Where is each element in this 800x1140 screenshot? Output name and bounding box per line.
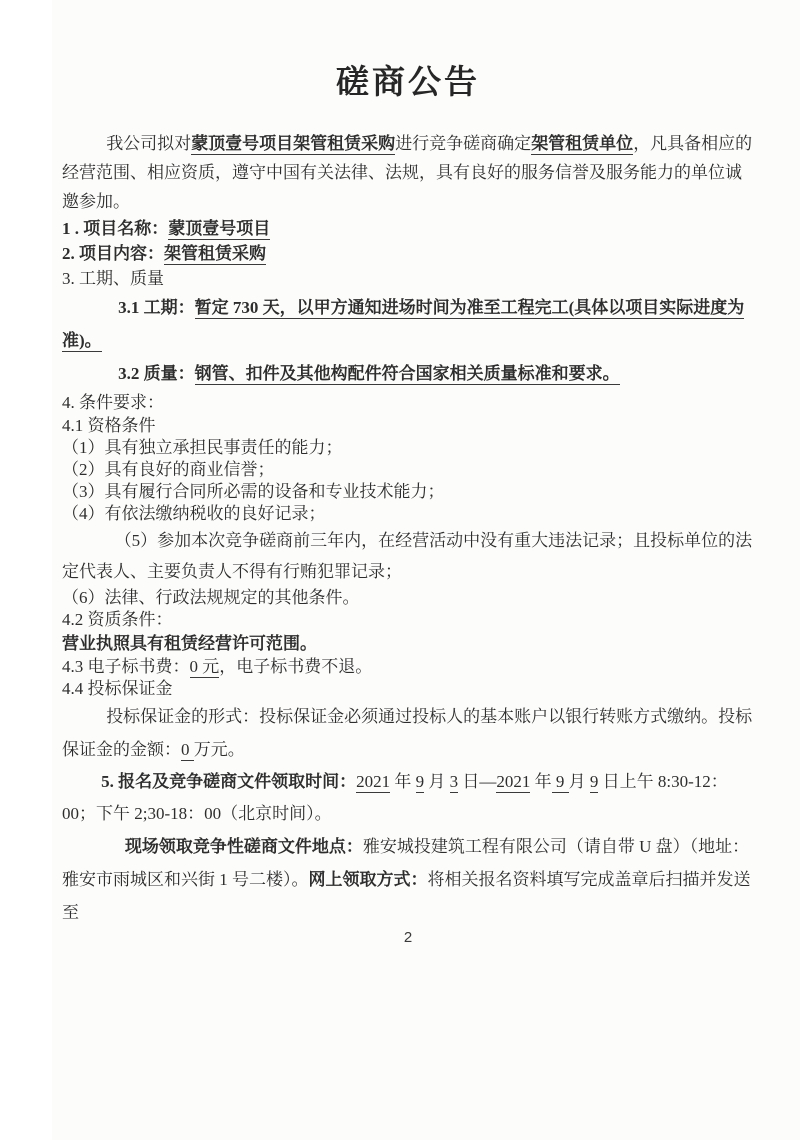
credential-requirement: 营业执照具有租赁经营许可范围。 xyxy=(62,631,754,656)
bid-bond-paragraph: 投标保证金的形式：投标保证金必须通过投标人的基本账户以银行转账方式缴纳。投标保证… xyxy=(62,700,754,766)
end-month: 9 xyxy=(552,772,569,793)
bond-unit-text: 万元。 xyxy=(194,740,245,759)
registration-time-label: 5. 报名及竞争磋商文件领取时间： xyxy=(101,772,356,791)
project-content-label: 2. 项目内容： xyxy=(62,244,164,263)
start-year: 2021 xyxy=(356,772,390,793)
credential-heading: 4.2 资质条件： xyxy=(62,609,754,631)
quality-paragraph: 3.2 质量：钢管、扣件及其他构配件符合国家相关质量标准和要求。 xyxy=(62,357,754,390)
project-name-item: 1 . 项目名称：蒙顶壹号项目 xyxy=(62,216,754,241)
registration-time-paragraph: 5. 报名及竞争磋商文件领取时间：2021 年 9 月 3 日—2021 年 9… xyxy=(62,766,754,830)
fee-note: ，电子标书费不退。 xyxy=(219,657,372,676)
scan-edge-margin xyxy=(0,0,52,1140)
end-year: 2021 xyxy=(496,772,530,793)
document-pickup-paragraph: 现场领取竞争性磋商文件地点：雅安城投建筑工程有限公司（请自带 U 盘）（地址：雅… xyxy=(62,830,754,929)
qualification-item-6: （6）法律、行政法规规定的其他条件。 xyxy=(62,587,754,609)
duration-paragraph: 3.1 工期：暂定 730 天，以甲方通知进场时间为准至工程完工(具体以项目实际… xyxy=(62,291,754,357)
date-sep: 月 xyxy=(424,772,450,791)
qualification-heading: 4.1 资格条件 xyxy=(62,415,754,437)
project-content-value: 架管租赁采购 xyxy=(164,244,266,265)
date-sep: 年 xyxy=(530,772,551,791)
bond-amount: 0 xyxy=(181,740,194,761)
qualification-item-5: （5）参加本次竞争磋商前三年内，在经营活动中没有重大违法记录；且投标单位的法定代… xyxy=(62,525,754,587)
intro-mid: 进行竞争磋商确定 xyxy=(395,134,531,153)
bid-document-fee: 4.3 电子标书费：0 元，电子标书费不退。 xyxy=(62,656,754,678)
bond-form-text: 投标保证金的形式：投标保证金必须通过投标人的基本账户以银行转账方式缴纳。投标保证… xyxy=(62,707,752,759)
project-content-item: 2. 项目内容：架管租赁采购 xyxy=(62,241,754,266)
project-name-label: 1 . 项目名称： xyxy=(62,219,168,238)
date-sep: 月 xyxy=(569,772,590,791)
fee-amount: 0 元 xyxy=(190,657,220,678)
fee-label: 4.3 电子标书费： xyxy=(62,657,190,676)
date-sep: 日— xyxy=(458,772,496,791)
qualification-item-1: （1）具有独立承担民事责任的能力； xyxy=(62,437,754,459)
project-name-value: 蒙顶壹号项目 xyxy=(168,219,270,240)
pickup-location-label: 现场领取竞争性磋商文件地点： xyxy=(125,837,363,856)
qualification-item-4: （4）有依法缴纳税收的良好记录； xyxy=(62,503,754,525)
section4-heading: 4. 条件要求： xyxy=(62,390,754,415)
page-title: 磋商公告 xyxy=(62,56,754,103)
procurement-subject: 蒙顶壹号项目架管租赁采购 xyxy=(191,134,395,155)
online-method-label: 网上领取方式： xyxy=(309,870,428,889)
start-day: 3 xyxy=(450,772,459,793)
intro-paragraph: 我公司拟对蒙顶壹号项目架管租赁采购进行竞争磋商确定架管租赁单位，凡具备相应的经营… xyxy=(62,129,754,216)
qualification-item-3: （3）具有履行合同所必需的设备和专业技术能力； xyxy=(62,481,754,503)
quality-value: 钢管、扣件及其他构配件符合国家相关质量标准和要求。 xyxy=(195,364,620,385)
quality-label: 3.2 质量： xyxy=(118,364,195,383)
section3-heading: 3. 工期、质量 xyxy=(62,266,754,291)
document-page: 磋商公告 我公司拟对蒙顶壹号项目架管租赁采购进行竞争磋商确定架管租赁单位，凡具备… xyxy=(0,0,800,1140)
duration-label: 3.1 工期： xyxy=(118,298,195,317)
document-content: 磋商公告 我公司拟对蒙顶壹号项目架管租赁采购进行竞争磋商确定架管租赁单位，凡具备… xyxy=(62,0,754,946)
page-number: 2 xyxy=(62,929,754,946)
date-sep: 年 xyxy=(390,772,416,791)
rental-unit: 架管租赁单位 xyxy=(531,134,633,155)
qualification-item-2: （2）具有良好的商业信誉； xyxy=(62,459,754,481)
intro-lead: 我公司拟对 xyxy=(106,134,191,153)
start-month: 9 xyxy=(416,772,425,793)
bid-bond-heading: 4.4 投标保证金 xyxy=(62,678,754,700)
